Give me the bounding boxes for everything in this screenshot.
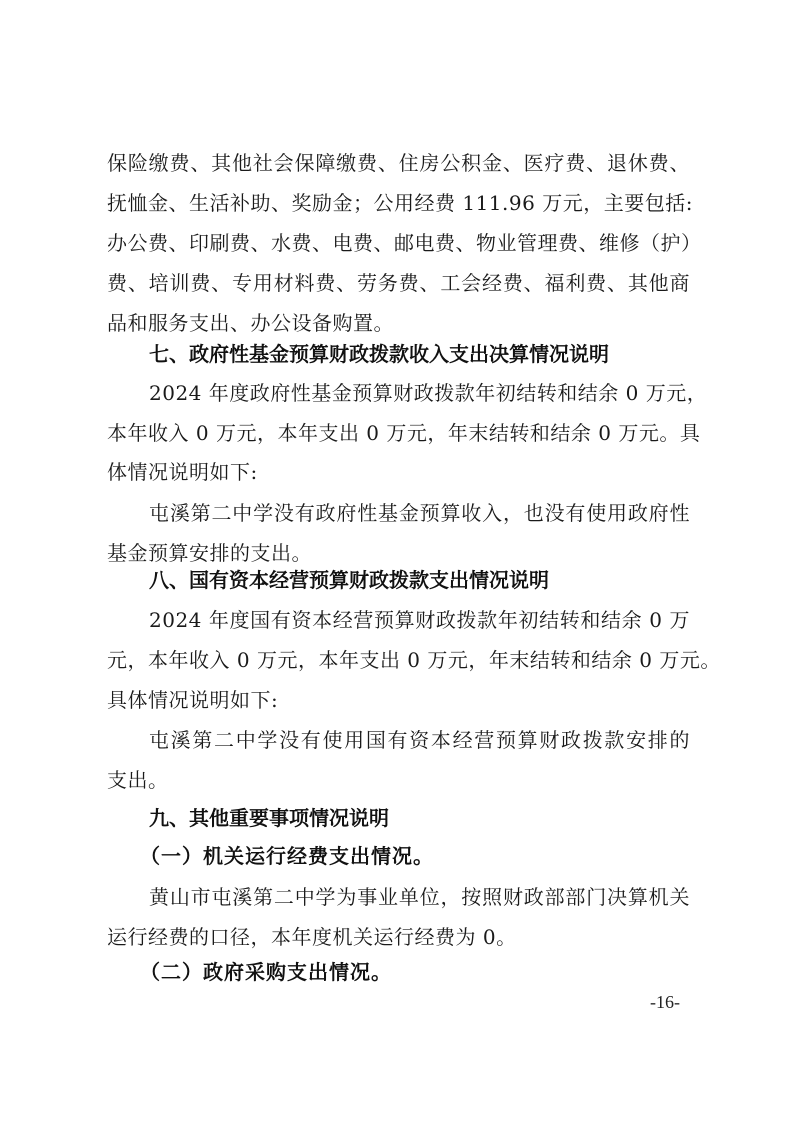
body-text-line: 抚恤金、生活补助、奖励金；公用经费 111.96 万元，主要包括:: [107, 188, 690, 218]
section-heading-8: 八、国有资本经营预算财政拨款支出情况说明: [149, 565, 549, 595]
body-text-line: 基金预算安排的支出。: [107, 538, 690, 568]
section-heading-9: 九、其他重要事项情况说明: [149, 803, 389, 833]
body-text-line: 费、培训费、专用材料费、劳务费、工会经费、福利费、其他商: [107, 268, 690, 298]
body-text-line: 元，本年收入 0 万元，本年支出 0 万元，年末结转和结余 0 万元。: [107, 645, 690, 675]
body-text-line: 屯溪第二中学没有政府性基金预算收入，也没有使用政府性: [149, 498, 690, 528]
page-number: -16-: [650, 992, 680, 1013]
body-text-line: 支出。: [107, 765, 690, 795]
document-page: 保险缴费、其他社会保障缴费、住房公积金、医疗费、退休费、 抚恤金、生活补助、奖励…: [0, 0, 793, 1122]
subsection-heading-2: （二）政府采购支出情况。: [140, 957, 392, 987]
subsection-heading-1: （一）机关运行经费支出情况。: [140, 841, 434, 871]
body-text-line: 品和服务支出、办公设备购置。: [107, 308, 690, 338]
body-text-line: 2024 年度政府性基金预算财政拨款年初结转和结余 0 万元，: [149, 378, 690, 408]
body-text-line: 运行经费的口径，本年度机关运行经费为 0。: [107, 922, 690, 952]
body-text-line: 办公费、印刷费、水费、电费、邮电费、物业管理费、维修（护）: [107, 228, 690, 258]
body-text-line: 体情况说明如下:: [107, 457, 690, 487]
body-text-line: 黄山市屯溪第二中学为事业单位，按照财政部部门决算机关: [149, 882, 690, 912]
body-text-line: 本年收入 0 万元，本年支出 0 万元，年末结转和结余 0 万元。具: [107, 418, 690, 448]
section-heading-7: 七、政府性基金预算财政拨款收入支出决算情况说明: [149, 339, 609, 369]
body-text-line: 具体情况说明如下:: [107, 685, 690, 715]
body-text-line: 屯溪第二中学没有使用国有资本经营预算财政拨款安排的: [149, 725, 690, 755]
body-text-line: 2024 年度国有资本经营预算财政拨款年初结转和结余 0 万: [149, 605, 690, 635]
body-text-line: 保险缴费、其他社会保障缴费、住房公积金、医疗费、退休费、: [107, 148, 690, 178]
